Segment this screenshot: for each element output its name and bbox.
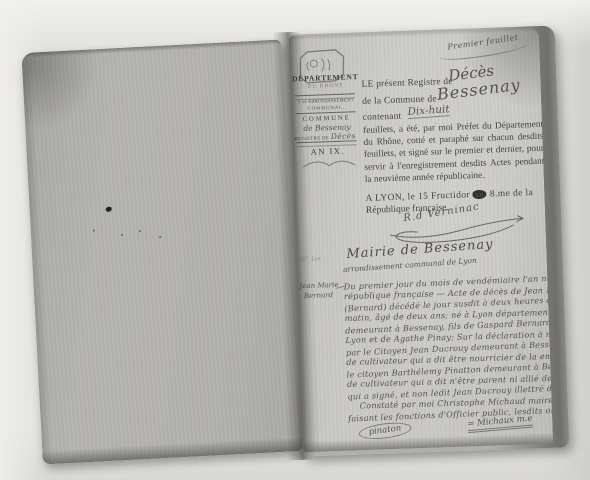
communal-label: COMMUNAL. <box>291 104 361 111</box>
ink-speck <box>93 229 95 231</box>
feuillets-count-value: Dix-huit <box>407 103 450 119</box>
right-register-page: Premier feuillet DÉPARTEMENT DU RHÔNE 1.… <box>289 28 553 452</box>
ink-blot-word: an <box>472 189 487 199</box>
ink-speck <box>139 230 141 232</box>
ink-spot <box>106 207 112 212</box>
certificate-dateline: A LYON, le 15 Fructidor an 8.me de la <box>365 188 533 204</box>
act-margin-number: N° 1er <box>300 256 321 264</box>
dateline-prefix: A LYON, le 15 Fructidor <box>365 190 470 204</box>
act-margin-name: Bernard <box>304 291 333 300</box>
ink-speck <box>121 234 123 236</box>
du-rhone-label: DU RHÔNE <box>290 82 360 90</box>
certificate-line3: contenant <box>363 112 402 123</box>
right-page-content: Premier feuillet DÉPARTEMENT DU RHÔNE 1.… <box>289 28 553 452</box>
decorative-flourish-icon <box>301 156 357 170</box>
certificate-body: feuillets, a été, par moi Préfet du Dépa… <box>363 119 545 186</box>
arrondissement-label: 1.er ARRONDISSEMENT <box>291 97 361 104</box>
dateline-suffix: 8.me de la <box>490 188 534 200</box>
act-margin-name: Jean Marie <box>299 281 338 290</box>
left-blank-page <box>21 39 302 464</box>
scanned-register-photo: Premier feuillet DÉPARTEMENT DU RHÔNE 1.… <box>0 0 590 480</box>
ink-speck <box>159 236 161 238</box>
